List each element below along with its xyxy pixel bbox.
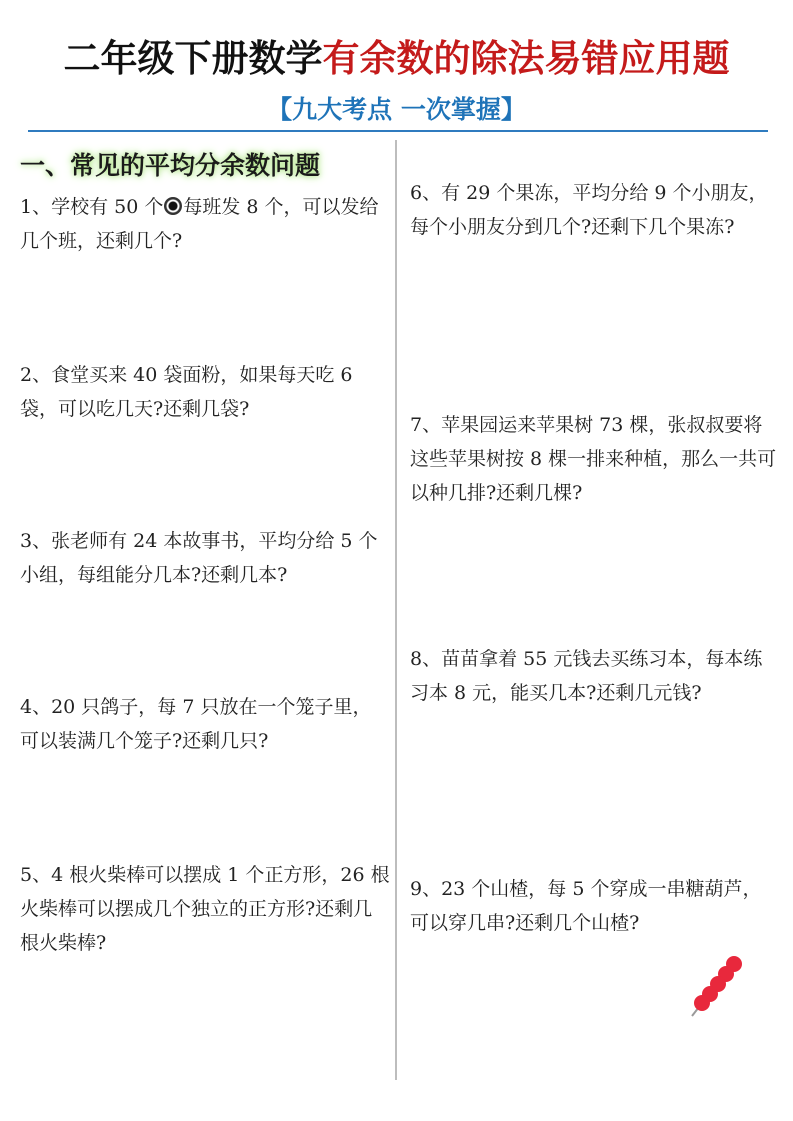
candied-haws-icon (688, 950, 748, 1020)
question-8: 8、苗苗拿着 55 元钱去买练习本，每本练习本 8 元，能买几本?还剩几元钱? (410, 642, 780, 710)
question-2: 2、食堂买来 40 袋面粉，如果每天吃 6 袋，可以吃几天?还剩几袋? (20, 358, 390, 426)
question-9: 9、23 个山楂，每 5 个穿成一串糖葫芦，可以穿几串?还剩几个山楂? (410, 872, 780, 940)
title-part-topic: 有余数的除法易错应用题 (323, 37, 730, 80)
question-4: 4、20 只鸽子，每 7 只放在一个笼子里，可以装满几个笼子?还剩几只? (20, 690, 390, 758)
page-subtitle: 【九大考点 一次掌握】 (0, 90, 793, 126)
page-title: 二年级下册数学有余数的除法易错应用题 (0, 28, 793, 82)
title-part-grade: 二年级下册数学 (64, 37, 323, 80)
question-6: 6、有 29 个果冻，平均分给 9 个小朋友，每个小朋友分到几个?还剩下几个果冻… (410, 176, 780, 244)
question-3: 3、张老师有 24 本故事书，平均分给 5 个小组，每组能分几本?还剩几本? (20, 524, 390, 592)
header-divider (28, 130, 768, 132)
question-1: 1、学校有 50 个每班发 8 个，可以发给几个班，还剩几个? (20, 190, 390, 258)
soccer-ball-icon (164, 197, 182, 215)
question-7: 7、苹果园运来苹果树 73 棵，张叔叔要将这些苹果树按 8 棵一排来种植，那么一… (410, 408, 780, 510)
column-divider (395, 140, 397, 1080)
question-1-text-a: 1、学校有 50 个 (20, 196, 163, 218)
question-5: 5、4 根火柴棒可以摆成 1 个正方形，26 根火柴棒可以摆成几个独立的正方形?… (20, 858, 390, 960)
section-heading: 一、常见的平均分余数问题 (20, 146, 320, 182)
